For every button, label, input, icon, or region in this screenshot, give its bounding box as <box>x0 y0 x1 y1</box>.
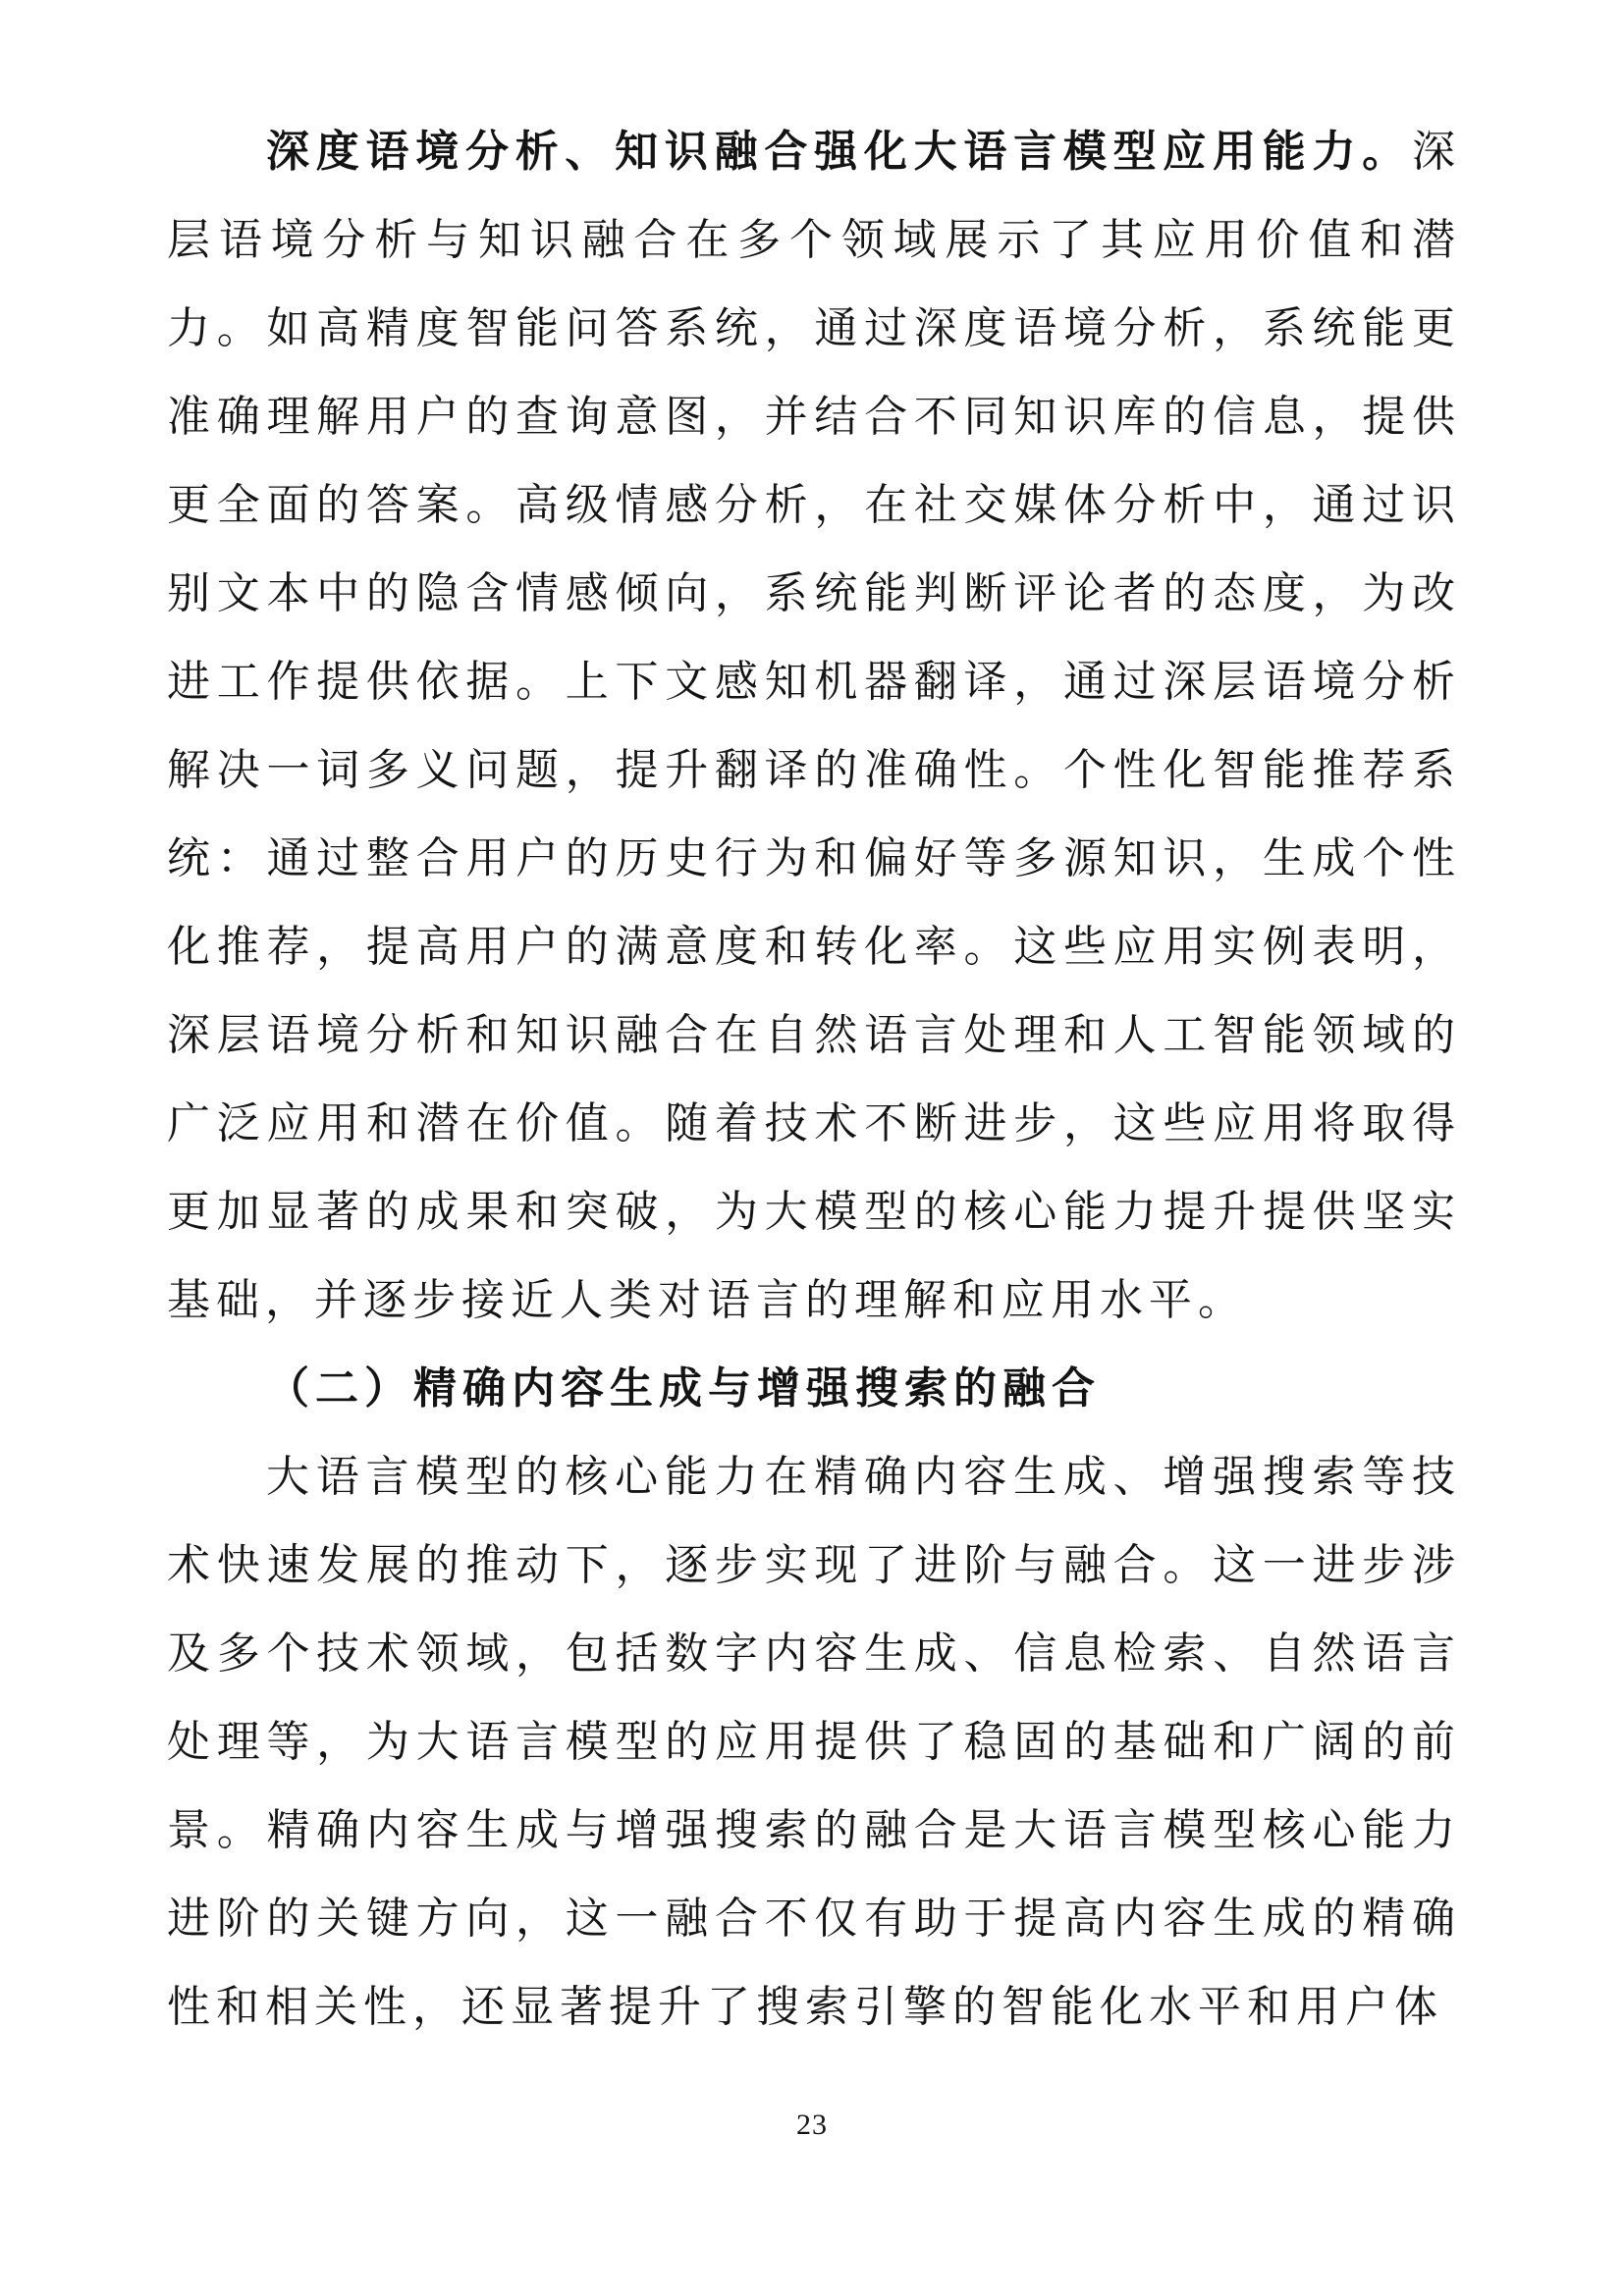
document-page: 深度语境分析、知识融合强化大语言模型应用能力。深层语境分析与知识融合在多个领域展… <box>0 0 1624 2296</box>
paragraph-body-text: 深层语境分析与知识融合在多个领域展示了其应用价值和潜力。如高精度智能问答系统，通… <box>167 128 1461 1324</box>
document-text-block: 深度语境分析、知识融合强化大语言模型应用能力。深层语境分析与知识融合在多个领域展… <box>167 108 1461 2052</box>
page-number: 23 <box>0 2109 1624 2142</box>
paragraph-content-generation-search: 大语言模型的核心能力在精确内容生成、增强搜索等技术快速发展的推动下，逐步实现了进… <box>167 1433 1461 2052</box>
paragraph-deep-context-analysis: 深度语境分析、知识融合强化大语言模型应用能力。深层语境分析与知识融合在多个领域展… <box>167 108 1461 1345</box>
section-heading-2: （二）精确内容生成与增强搜索的融合 <box>167 1345 1461 1433</box>
paragraph-lead-bold-text: 深度语境分析、知识融合强化大语言模型应用能力。 <box>266 128 1412 176</box>
